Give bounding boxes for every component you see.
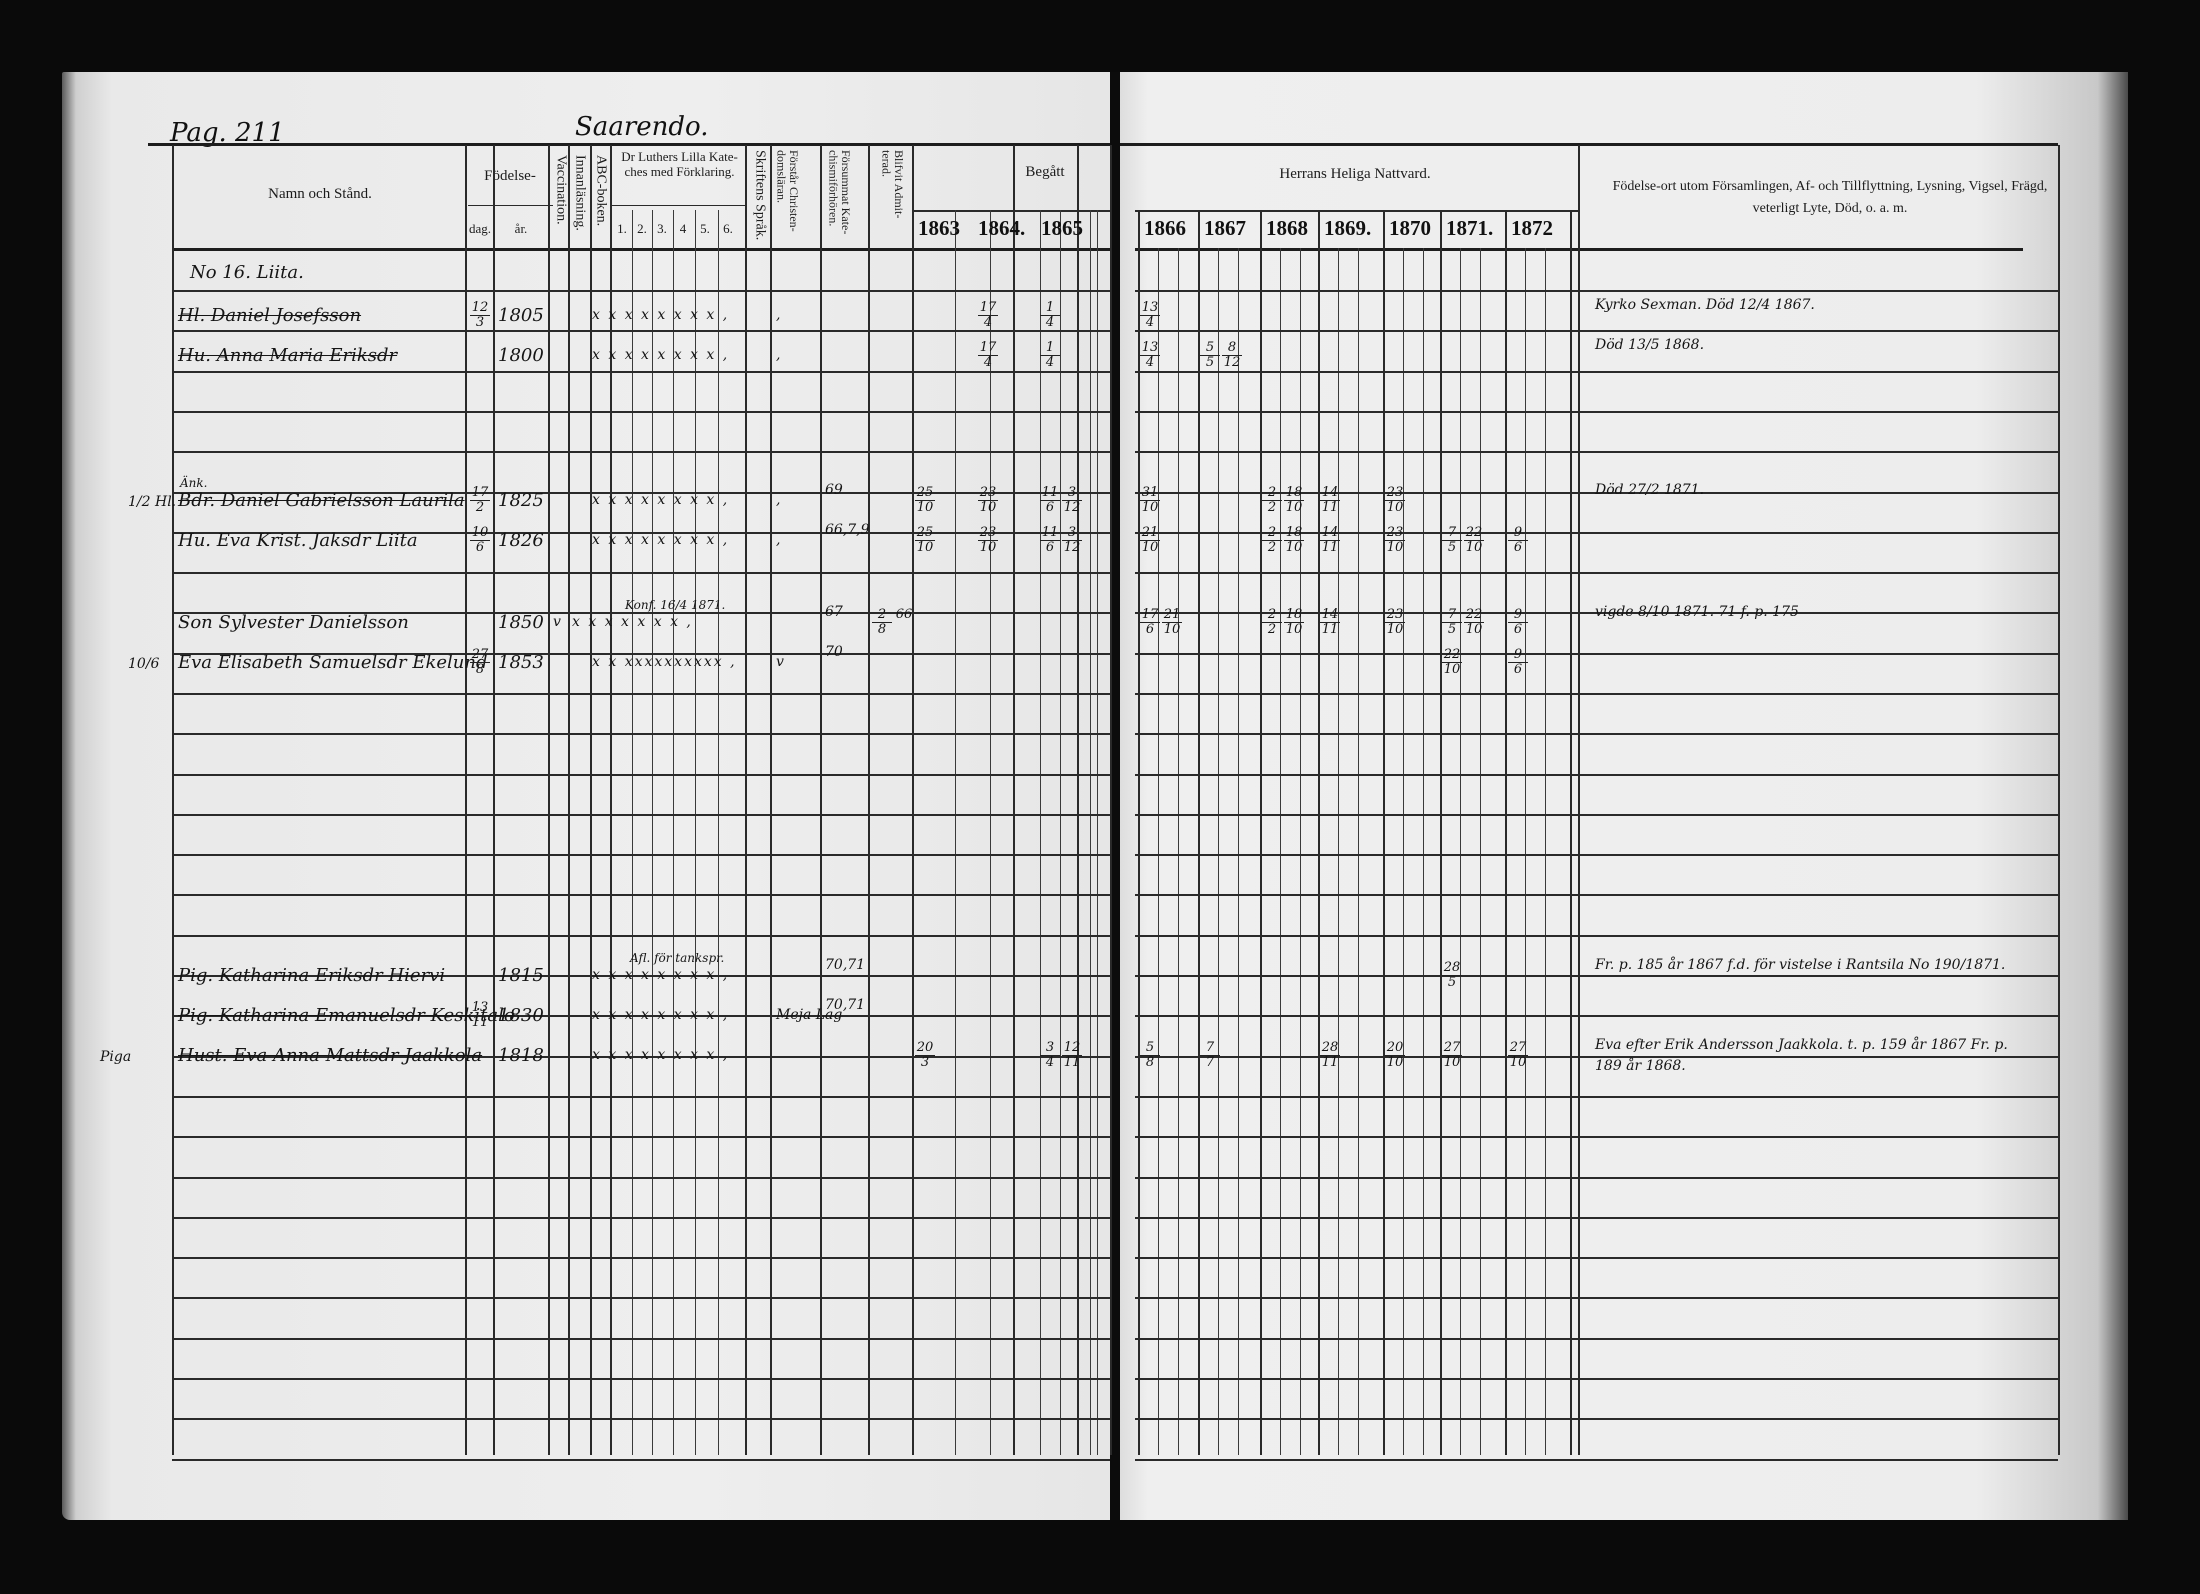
- missed-catechism: 66,7,9: [825, 522, 870, 538]
- communion-date: 22: [1262, 526, 1282, 555]
- birth-year: 1800: [498, 345, 544, 366]
- column-rule-thin: [695, 210, 696, 1455]
- row-rule: [1135, 411, 2058, 413]
- communion-date: 2210: [1464, 526, 1484, 555]
- row-rule: [172, 1257, 1110, 1259]
- column-rule-thin: [1238, 248, 1239, 1455]
- header-admitted: Blifvit Admit-terad.: [880, 150, 905, 245]
- communion-date: 134: [1140, 301, 1160, 330]
- communion-date: 2310: [1385, 486, 1405, 515]
- row-rule: [1135, 693, 2058, 695]
- header-communion: Herrans Heliga Nattvard.: [1230, 166, 1480, 183]
- column-rule-thin: [1218, 248, 1219, 1455]
- annotation: Konf. 16/4 1871.: [625, 598, 725, 612]
- row-rule: [172, 814, 1110, 816]
- vaccination-mark: v: [553, 614, 561, 630]
- row-rule: [1135, 1338, 2058, 1340]
- birth-subrule: [468, 205, 553, 206]
- column-rule-thin: [1090, 210, 1091, 1455]
- knowledge-marks: x x xxxxxxxxxx ,: [592, 654, 737, 670]
- column-rule: [1383, 210, 1385, 1455]
- column-rule: [2058, 145, 2060, 1455]
- remark-text: Död 13/5 1868.: [1595, 335, 2035, 356]
- header-catechism-col: 2.: [632, 222, 652, 237]
- column-rule: [1260, 210, 1262, 1455]
- column-rule-thin: [1423, 248, 1424, 1455]
- column-rule-thin: [1040, 210, 1041, 1455]
- communion-date: 55: [1200, 341, 1220, 370]
- header-birth-year: år.: [496, 222, 546, 237]
- header-remarks: Födelse-ort utom Församlingen, Af- och T…: [1590, 176, 2070, 221]
- row-rule: [172, 451, 1110, 453]
- communion-date: 2210: [1464, 608, 1484, 637]
- person-name: Eva Elisabeth Samuelsdr Ekelund: [178, 652, 488, 673]
- communion-date: 1810: [1284, 526, 1304, 555]
- communion-date: 312: [1062, 486, 1082, 515]
- year-label: 1868: [1266, 216, 1308, 241]
- row-rule: [172, 1378, 1110, 1380]
- communion-date: 1411: [1320, 526, 1340, 555]
- header-catechism-group: Dr Luthers Lilla Kate-ches med Förklarin…: [612, 150, 747, 180]
- row-rule: [1135, 1257, 2058, 1259]
- row-rule: [1135, 451, 2058, 453]
- row-rule: [172, 1459, 1110, 1461]
- column-rule: [1570, 210, 1572, 1455]
- communion-date: 2210: [1442, 648, 1462, 677]
- knowledge-marks: x x x x x x x x ,: [592, 492, 729, 508]
- row-rule: [172, 894, 1110, 896]
- missed-catechism: 70,71: [825, 997, 865, 1013]
- communion-date: 14: [1040, 301, 1060, 330]
- communion-date: 2710: [1508, 1041, 1528, 1070]
- missed-catechism: 70: [825, 644, 843, 660]
- column-rule-thin: [1403, 248, 1404, 1455]
- knowledge-marks: x x x x x x x x ,: [592, 1047, 729, 1063]
- communion-date: 96: [1508, 526, 1528, 555]
- header-catechism-col: 4: [673, 222, 693, 237]
- year-label: 1872: [1511, 216, 1553, 241]
- annotation: Änk.: [180, 476, 207, 490]
- communion-date: 2510: [915, 526, 935, 555]
- column-rule-thin: [1158, 248, 1159, 1455]
- communion-date: 116: [1040, 526, 1060, 555]
- years-subrule-right: [1135, 210, 1578, 212]
- communion-date: 2811: [1320, 1041, 1340, 1070]
- understands-mark: ,: [776, 307, 780, 323]
- header-missed: Försummat Kate-chismiförhören.: [827, 150, 852, 245]
- row-rule: [172, 371, 1110, 373]
- knowledge-marks: x x x x x x x x ,: [592, 347, 729, 363]
- row-rule: [172, 572, 1110, 574]
- row-rule: [172, 693, 1110, 695]
- row-rule: [1135, 330, 2058, 332]
- row-rule: [172, 733, 1110, 735]
- birth-year: 1850: [498, 612, 544, 633]
- row-rule: [1135, 572, 2058, 574]
- row-rule: [172, 1338, 1110, 1340]
- admitted-date: 66: [894, 608, 914, 622]
- communion-date: 2510: [915, 486, 935, 515]
- knowledge-marks: x x x x x x x x ,: [592, 1007, 729, 1023]
- birth-year: 1825: [498, 490, 544, 511]
- column-rule-thin: [1097, 210, 1098, 1455]
- communion-date: 77: [1200, 1041, 1220, 1070]
- communion-date: 134: [1140, 341, 1160, 370]
- row-rule: [1135, 1177, 2058, 1179]
- row-rule: [1135, 935, 2058, 937]
- missed-catechism: 67: [825, 604, 843, 620]
- column-rule: [1198, 210, 1200, 1455]
- person-name: Pig. Katharina Emanuelsdr Keskitalo: [178, 1005, 515, 1026]
- column-rule-thin: [718, 210, 719, 1455]
- row-rule: [172, 1177, 1110, 1179]
- header-bottom-rule: [172, 248, 1110, 251]
- header-reading: Innanläsning.: [572, 155, 587, 245]
- knowledge-marks: x x x x x x x ,: [572, 614, 693, 630]
- row-rule: [172, 935, 1110, 937]
- row-rule: [1135, 1297, 2058, 1299]
- header-birth-day: dag.: [466, 222, 494, 237]
- row-rule: [1135, 371, 2058, 373]
- year-label: 1865: [1041, 216, 1083, 241]
- row-rule: [1135, 774, 2058, 776]
- birth-day: 123: [470, 301, 490, 330]
- column-rule-thin: [673, 210, 674, 1455]
- header-vaccination: Vaccination.: [553, 155, 568, 245]
- village-name: Saarendo.: [575, 112, 708, 142]
- row-rule: [1135, 1096, 2058, 1098]
- communion-date: 203: [915, 1041, 935, 1070]
- margin-note: Piga: [100, 1049, 131, 1065]
- header-catechism-col: 3.: [652, 222, 672, 237]
- communion-date: 1411: [1320, 486, 1340, 515]
- year-label: 1867: [1204, 216, 1246, 241]
- header-catechism-col: 1.: [612, 222, 632, 237]
- communion-date: 1211: [1062, 1041, 1082, 1070]
- communion-date: 2310: [978, 486, 998, 515]
- birth-year: 1818: [498, 1045, 544, 1066]
- row-rule: [172, 1297, 1110, 1299]
- year-label: 1864.: [978, 216, 1025, 241]
- row-rule: [172, 411, 1110, 413]
- remark-text: Fr. p. 185 år 1867 f.d. för vistelse i R…: [1595, 955, 2035, 976]
- person-name: Hl. Daniel Josefsson: [178, 305, 361, 326]
- column-rule-thin: [990, 210, 991, 1455]
- column-rule-thin: [1300, 248, 1301, 1455]
- understands-mark: ,: [776, 532, 780, 548]
- column-rule-thin: [1525, 248, 1526, 1455]
- remark-text: Död 27/2 1871.: [1595, 480, 2035, 501]
- column-rule-thin: [652, 210, 653, 1455]
- column-rule: [1505, 210, 1507, 1455]
- knowledge-marks: x x x x x x x x ,: [592, 307, 729, 323]
- communion-date: 2110: [1140, 526, 1160, 555]
- row-rule: [1135, 1015, 2058, 1017]
- communion-date: 176: [1140, 608, 1160, 637]
- birth-day: 172: [470, 486, 490, 515]
- column-rule-thin: [1545, 248, 1546, 1455]
- year-label: 1863: [918, 216, 960, 241]
- header-name: Namn och Stånd.: [240, 186, 400, 203]
- communion-date: 2310: [1385, 608, 1405, 637]
- row-rule: [1135, 894, 2058, 896]
- communion-date: 2310: [978, 526, 998, 555]
- row-rule: [1135, 814, 2058, 816]
- remark-text: Eva efter Erik Andersson Jaakkola. t. p.…: [1595, 1035, 2035, 1077]
- column-rule-thin: [1338, 248, 1339, 1455]
- annotation: Afl. för tankspr.: [630, 951, 724, 965]
- remark-text: Kyrko Sexman. Död 12/4 1867.: [1595, 295, 2035, 316]
- person-name: Pig. Katharina Eriksdr Hiervi: [178, 965, 445, 986]
- understands-mark: v: [776, 654, 784, 670]
- column-rule-thin: [1060, 210, 1061, 1455]
- communion-date: 1810: [1284, 608, 1304, 637]
- column-rule-thin: [632, 210, 633, 1455]
- person-name: Hu. Anna Maria Eriksdr: [178, 345, 397, 366]
- communion-date: 116: [1040, 486, 1060, 515]
- row-rule: [172, 854, 1110, 856]
- row-rule: [1135, 733, 2058, 735]
- communion-date: 3110: [1140, 486, 1160, 515]
- column-rule-thin: [1480, 248, 1481, 1455]
- person-name: No 16. Liita.: [190, 262, 304, 283]
- missed-catechism: 70,71: [825, 957, 865, 973]
- missed-catechism: 69: [825, 482, 843, 498]
- birth-day: 278: [470, 648, 490, 677]
- communion-date: 1810: [1284, 486, 1304, 515]
- communion-date: 2010: [1385, 1041, 1405, 1070]
- communion-date: 2310: [1385, 526, 1405, 555]
- years-subrule-left: [912, 210, 1110, 212]
- row-rule: [172, 1418, 1110, 1420]
- row-rule: [1135, 1217, 2058, 1219]
- understands-mark: ,: [776, 492, 780, 508]
- margin-note: 1/2 Hl.: [128, 494, 176, 510]
- knowledge-marks: x x x x x x x x ,: [592, 532, 729, 548]
- column-rule-thin: [1178, 248, 1179, 1455]
- communion-date: 2110: [1162, 608, 1182, 637]
- communion-date: 812: [1222, 341, 1242, 370]
- catechism-subrule: [612, 205, 747, 206]
- communion-date: 312: [1062, 526, 1082, 555]
- row-rule: [172, 330, 1110, 332]
- person-name: Bdr. Daniel Gabrielsson Laurila: [178, 490, 465, 511]
- row-rule: [172, 774, 1110, 776]
- column-rule-thin: [1460, 248, 1461, 1455]
- communion-date: 22: [1262, 486, 1282, 515]
- margin-note: 10/6: [128, 656, 159, 672]
- birth-day: 1311: [470, 1001, 490, 1030]
- header-scripture: Skriftens Språk.: [752, 150, 767, 245]
- column-rule-thin: [955, 210, 956, 1455]
- header-top-rule: [148, 143, 1110, 146]
- year-label: 1871.: [1446, 216, 1493, 241]
- row-rule: [1135, 653, 2058, 655]
- column-rule: [1318, 210, 1320, 1455]
- communion-date: 96: [1508, 648, 1528, 677]
- admitted-date: 28: [872, 608, 892, 637]
- birth-year: 1805: [498, 305, 544, 326]
- birth-year: 1830: [498, 1005, 544, 1026]
- header-begatt: Begått: [1005, 164, 1085, 181]
- knowledge-marks: x x x x x x x x ,: [592, 967, 729, 983]
- header-understands: Förstår Christen-domsläran.: [775, 150, 800, 245]
- communion-date: 1411: [1320, 608, 1340, 637]
- column-rule: [1138, 210, 1140, 1455]
- remark-text: vigde 8/10 1871. 71 f. p. 175: [1595, 602, 2035, 623]
- communion-date: 22: [1262, 608, 1282, 637]
- row-rule: [172, 290, 1110, 292]
- communion-date: 58: [1140, 1041, 1160, 1070]
- communion-date: 96: [1508, 608, 1528, 637]
- communion-date: 14: [1040, 341, 1060, 370]
- year-label: 1866: [1144, 216, 1186, 241]
- communion-date: 285: [1442, 961, 1462, 990]
- row-rule: [172, 1136, 1110, 1138]
- column-rule: [1110, 145, 1112, 1455]
- row-rule: [1135, 1459, 2058, 1461]
- birth-year: 1826: [498, 530, 544, 551]
- communion-date: 174: [978, 301, 998, 330]
- birth-year: 1853: [498, 652, 544, 673]
- column-rule-thin: [1280, 248, 1281, 1455]
- person-name: Son Sylvester Danielsson: [178, 612, 409, 633]
- row-rule: [1135, 290, 2058, 292]
- person-name: Hust. Eva Anna Mattsdr Jaakkola: [178, 1045, 482, 1066]
- year-label: 1870: [1389, 216, 1431, 241]
- communion-date: 174: [978, 341, 998, 370]
- communion-date: 75: [1442, 526, 1462, 555]
- column-rule-thin: [1358, 248, 1359, 1455]
- header-abc: ABC-boken.: [593, 155, 608, 245]
- row-rule: [1135, 1136, 2058, 1138]
- birth-day: 106: [470, 526, 490, 555]
- birth-year: 1815: [498, 965, 544, 986]
- year-label: 1869.: [1324, 216, 1371, 241]
- row-rule: [172, 1217, 1110, 1219]
- header-catechism-col: 6.: [718, 222, 738, 237]
- row-rule: [1135, 854, 2058, 856]
- row-rule: [172, 1096, 1110, 1098]
- header-birth-group: Födelse-: [470, 168, 550, 185]
- row-rule: [1135, 1378, 2058, 1380]
- header-top-rule-right: [1120, 143, 2058, 146]
- communion-date: 34: [1040, 1041, 1060, 1070]
- communion-date: 2710: [1442, 1041, 1462, 1070]
- person-name: Hu. Eva Krist. Jaksdr Liita: [178, 530, 418, 551]
- understands-mark: ,: [776, 347, 780, 363]
- column-rule: [1440, 210, 1442, 1455]
- communion-date: 75: [1442, 608, 1462, 637]
- header-catechism-col: 5.: [695, 222, 715, 237]
- row-rule: [1135, 1418, 2058, 1420]
